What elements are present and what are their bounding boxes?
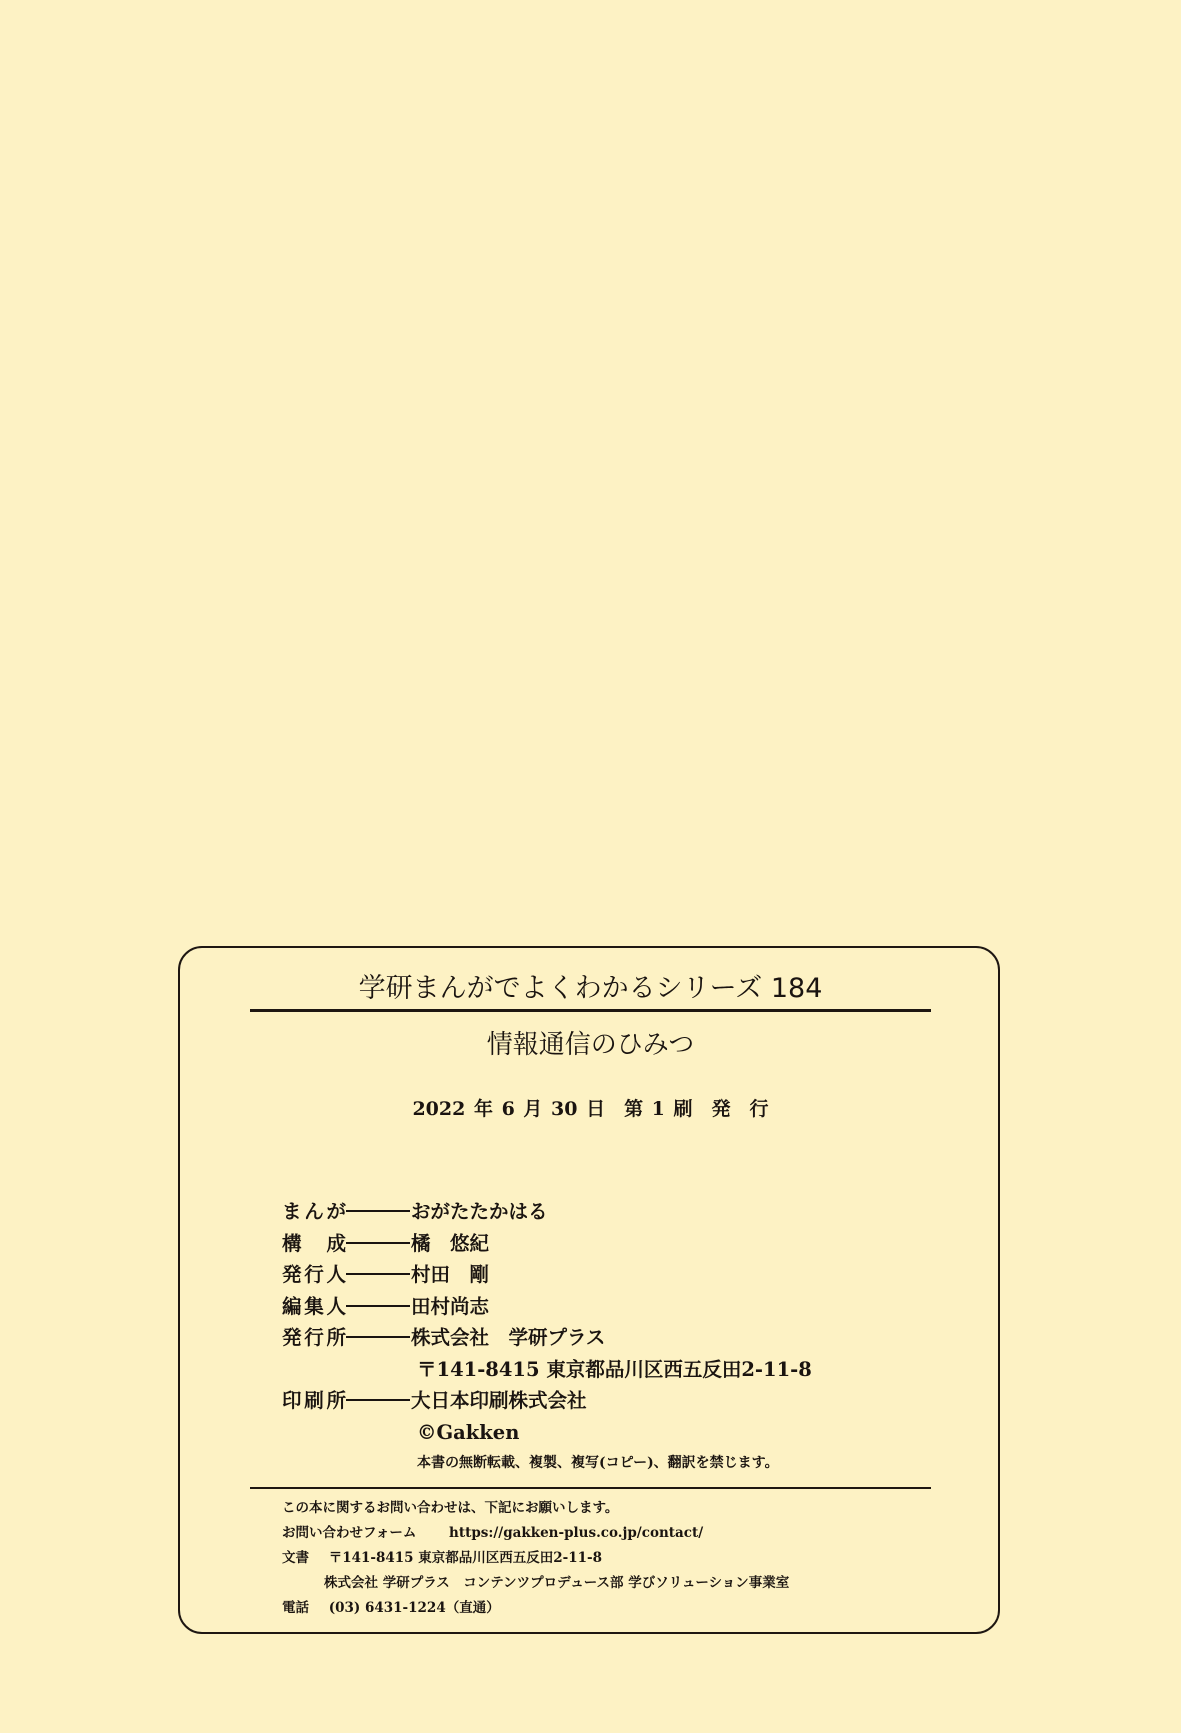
credit-row-manga: まんが おがたたかはる xyxy=(282,1196,812,1228)
contact-form-url[interactable]: https://gakken-plus.co.jp/contact/ xyxy=(449,1525,703,1541)
book-title: 情報通信のひみつ xyxy=(0,1024,1181,1061)
contact-section: この本に関するお問い合わせは、下記にお願いします。 お問い合わせフォーム htt… xyxy=(282,1496,789,1621)
credit-label: 発行所 xyxy=(282,1322,346,1354)
credit-value: 田村尚志 xyxy=(411,1291,489,1323)
credit-value: 橘 悠紀 xyxy=(411,1228,489,1260)
copyright: ©Gakken xyxy=(282,1417,812,1449)
credit-value: おがたたかはる xyxy=(411,1196,548,1228)
contact-form-row: お問い合わせフォーム https://gakken-plus.co.jp/con… xyxy=(282,1521,789,1546)
contact-mail-address: 〒141-8415 東京都品川区西五反田2-11-8 xyxy=(329,1550,602,1566)
credit-value: 大日本印刷株式会社 xyxy=(411,1385,587,1417)
leader-dash xyxy=(346,1273,410,1275)
contact-phone-row: 電話 (03) 6431-1224（直通） xyxy=(282,1596,789,1621)
contact-phone-value: (03) 6431-1224（直通） xyxy=(329,1600,500,1616)
credit-label: 印刷所 xyxy=(282,1385,346,1417)
credit-row-composition: 構 成 橘 悠紀 xyxy=(282,1228,812,1260)
reproduction-notice: 本書の無断転載、複製、複写(コピー)、翻訳を禁じます。 xyxy=(282,1448,812,1478)
credit-value: 村田 剛 xyxy=(411,1259,489,1291)
contact-mail-row: 文書 〒141-8415 東京都品川区西五反田2-11-8 xyxy=(282,1546,789,1571)
title-divider xyxy=(250,1009,931,1012)
publisher-address: 〒141-8415 東京都品川区西五反田2-11-8 xyxy=(282,1354,812,1386)
leader-dash xyxy=(346,1336,410,1338)
leader-dash xyxy=(346,1305,410,1307)
contact-intro: この本に関するお問い合わせは、下記にお願いします。 xyxy=(282,1496,789,1521)
credit-label: 編集人 xyxy=(282,1291,346,1323)
credit-row-printer: 印刷所 大日本印刷株式会社 xyxy=(282,1385,812,1417)
address-text: 〒141-8415 東京都品川区西五反田2-11-8 xyxy=(417,1354,812,1386)
credit-label: まんが xyxy=(282,1196,346,1228)
credit-label: 発行人 xyxy=(282,1259,346,1291)
contact-form-label: お問い合わせフォーム xyxy=(282,1525,416,1541)
leader-dash xyxy=(346,1399,410,1401)
credit-row-publisher: 発行所 株式会社 学研プラス xyxy=(282,1322,812,1354)
contact-mail-label: 文書 xyxy=(282,1546,324,1571)
contact-department: 株式会社 学研プラス コンテンツプロデュース部 学びソリューション事業室 xyxy=(282,1571,789,1596)
credit-row-editor: 編集人 田村尚志 xyxy=(282,1291,812,1323)
credit-row-publisher-person: 発行人 村田 剛 xyxy=(282,1259,812,1291)
contact-divider xyxy=(250,1487,931,1489)
contact-phone-label: 電話 xyxy=(282,1596,324,1621)
leader-dash xyxy=(346,1210,410,1212)
credit-label: 構 成 xyxy=(282,1228,346,1260)
credit-value: 株式会社 学研プラス xyxy=(411,1322,605,1354)
series-title: 学研まんがでよくわかるシリーズ 184 xyxy=(0,966,1181,1005)
publication-date: 2022 年 6 月 30 日 第 1 刷 発 行 xyxy=(0,1094,1181,1121)
leader-dash xyxy=(346,1242,410,1244)
credits-list: まんが おがたたかはる 構 成 橘 悠紀 発行人 村田 剛 編集人 田村尚志 発… xyxy=(282,1196,812,1478)
